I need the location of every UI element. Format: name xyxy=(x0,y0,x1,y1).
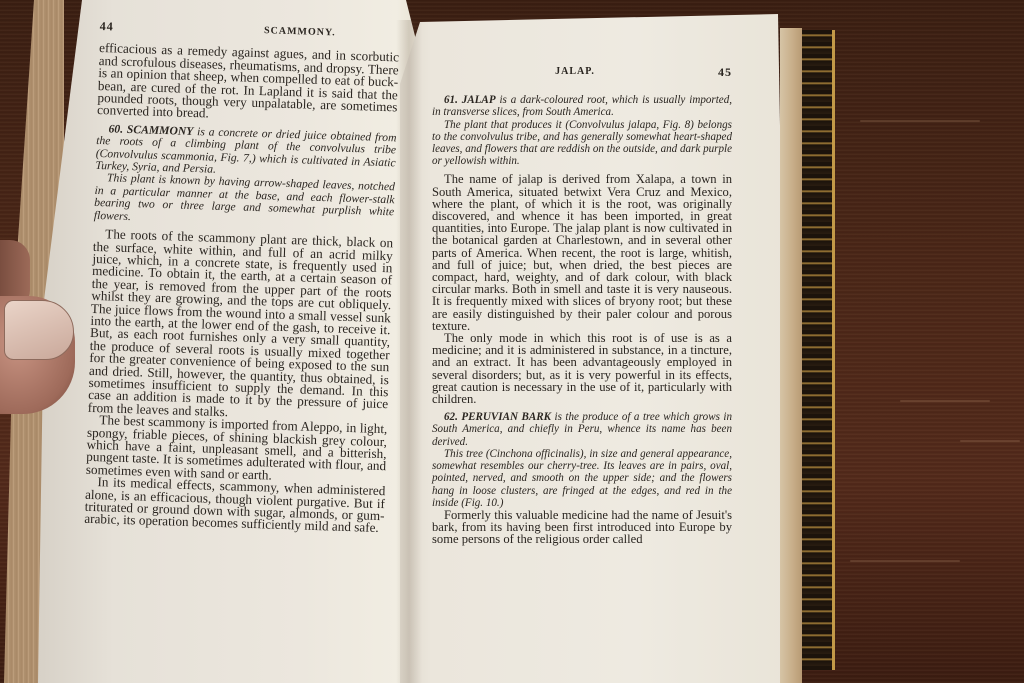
paragraph: 62. PERUVIAN BARK is the produce of a tr… xyxy=(432,411,732,448)
wood-grain xyxy=(860,120,980,122)
running-head-title: JALAP. xyxy=(432,66,718,78)
right-running-head: JALAP. 45 xyxy=(432,66,732,78)
thumbnail xyxy=(4,300,74,360)
paragraph: This tree (Cinchona officinalis), in siz… xyxy=(432,448,732,509)
section-heading: 61. JALAP xyxy=(444,94,496,106)
section-heading: 62. PERUVIAN BARK xyxy=(444,411,551,423)
paragraph: The roots of the scammony plant are thic… xyxy=(88,228,394,423)
paragraph: The name of jalap is derived from Xalapa… xyxy=(432,173,732,332)
gilt-cover-edge xyxy=(802,30,835,670)
paragraph: 61. JALAP is a dark-coloured root, which… xyxy=(432,94,732,118)
paragraph: In its medical effects, scammony, when a… xyxy=(84,476,385,535)
wood-grain xyxy=(900,400,990,402)
page-number: 45 xyxy=(718,66,732,78)
paragraph: The plant that produces it (Convolvulus … xyxy=(432,119,732,168)
photo-scene: 44 SCAMMONY. efficacious as a remedy aga… xyxy=(0,0,1024,683)
right-page-block-edge xyxy=(780,28,802,683)
wood-grain xyxy=(960,440,1020,442)
paragraph: Formerly this valuable medicine had the … xyxy=(432,509,732,546)
running-head-title: SCAMMONY. xyxy=(264,25,336,40)
left-page-text: 44 SCAMMONY. efficacious as a remedy aga… xyxy=(84,20,400,535)
right-page-text: JALAP. 45 61. JALAP is a dark-coloured r… xyxy=(432,66,732,546)
paragraph: efficacious as a remedy against agues, a… xyxy=(97,42,399,126)
wood-grain xyxy=(850,560,960,562)
page-number: 44 xyxy=(100,20,114,33)
paragraph: The only mode in which this root is of u… xyxy=(432,332,732,405)
book-gutter xyxy=(396,20,422,683)
